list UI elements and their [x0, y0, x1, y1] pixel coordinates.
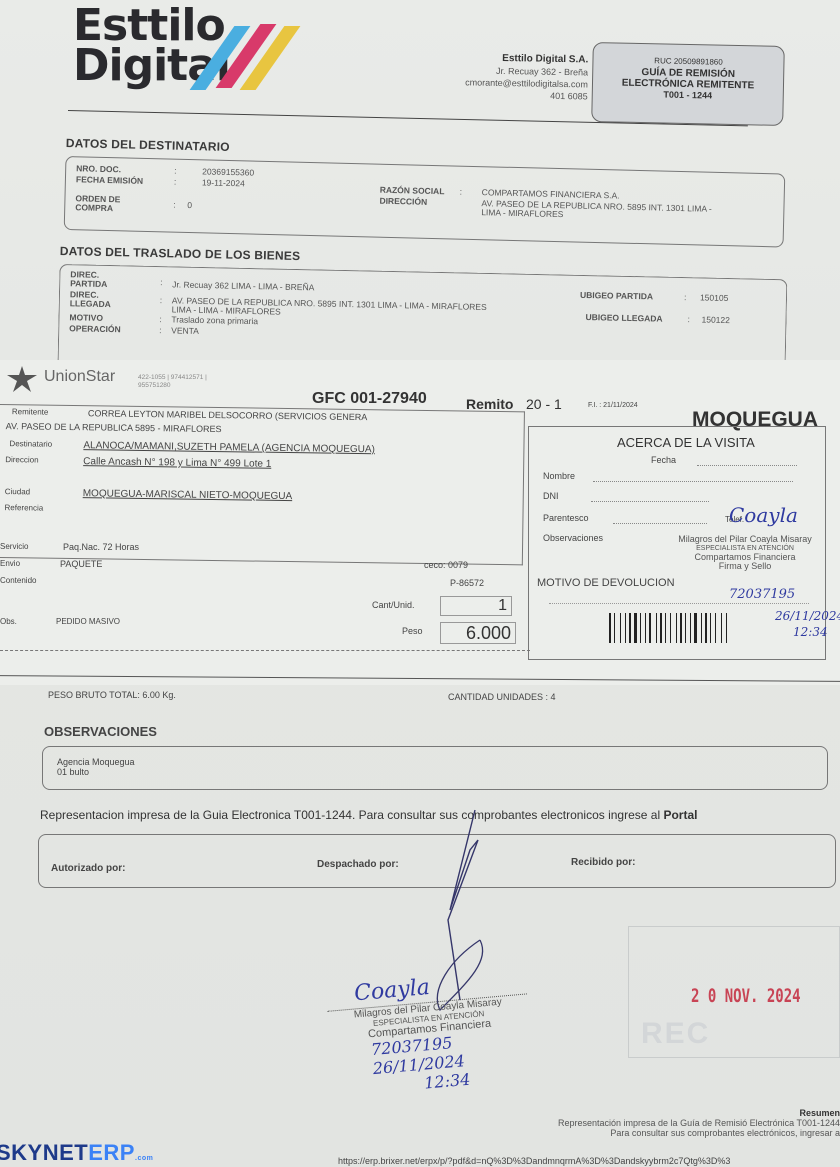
visita-nombre-field[interactable] — [593, 481, 793, 482]
operacion-value: VENTA — [171, 325, 199, 336]
com-word: .com — [135, 1155, 153, 1162]
destinatario-value: ALANOCA/MAMANI,SUZETH PAMELA (AGENCIA MO… — [83, 440, 375, 455]
direccion-label-value: Calle Ancash N° 198 y Lima N° 499 Lote 1 — [83, 456, 271, 470]
observaciones-title: OBSERVACIONES — [44, 724, 157, 739]
tracking-number: GFC 001-27940 — [312, 390, 427, 408]
company-address: Jr. Recuay 362 - Breña — [496, 66, 588, 78]
visita-title: ACERCA DE LA VISITA — [617, 435, 755, 450]
resumen-line1: Representación impresa de la Guía de Rem… — [440, 1118, 840, 1128]
barcode — [609, 613, 769, 643]
portal-url[interactable]: https://erp.brixer.net/erpx/p/?pdf&d=nQ%… — [338, 1156, 730, 1166]
fecha-ingreso: F.I. : 21/11/2024 — [588, 402, 638, 409]
fecha-value: 19-11-2024 — [202, 177, 245, 188]
recibido-label: Recibido por: — [571, 857, 635, 868]
cant-label: Cant/Unid. — [372, 600, 415, 610]
visita-hand-dni: 72037195 — [729, 587, 795, 602]
nro-doc-label: NRO. DOC. — [76, 163, 121, 174]
motivo-devolucion-field[interactable] — [549, 603, 809, 604]
servicio-label: Servicio — [0, 542, 28, 551]
carrier-phones-2: 955751280 — [138, 382, 207, 390]
unionstar-star-icon — [6, 366, 38, 392]
company-info: Esttilo Digital S.A. Jr. Recuay 362 - Br… — [420, 51, 589, 103]
motivo-label: MOTIVO — [69, 312, 103, 323]
orden-label-2: COMPRA — [75, 202, 113, 213]
autorizado-label: Autorizado por: — [51, 863, 125, 874]
ubigeo-llegada-label: UBIGEO LLEGADA — [585, 312, 662, 324]
ciudad-label: Ciudad — [5, 487, 30, 496]
carrier-phones-1: 422-1055 | 974412571 | — [138, 374, 207, 382]
destinatario-box: NRO. DOC. FECHA EMISIÓN :: 20369155360 1… — [64, 156, 786, 248]
llegada-label-2: LLEGADA — [70, 298, 111, 309]
carrier-name: UnionStar — [44, 368, 115, 386]
remitente-label: Remitente — [12, 407, 49, 417]
visita-box: ACERCA DE LA VISITA Fecha Nombre DNI Par… — [528, 426, 826, 660]
visita-hand-date: 26/11/2024 — [775, 609, 840, 623]
ubigeo-llegada-value: 150122 — [701, 314, 730, 325]
p-code: P-86572 — [450, 578, 484, 588]
received-stamp-date: 2 0 NOV. 2024 — [691, 987, 801, 1008]
visita-fecha-field[interactable] — [697, 465, 797, 466]
received-stamp: 2 0 NOV. 2024 REC — [628, 926, 840, 1058]
observaciones-box: Agencia Moquegua 01 bulto — [42, 746, 828, 790]
motivo-devolucion-label: MOTIVO DE DEVOLUCION — [537, 577, 675, 589]
nro-doc-value: 20369155360 — [202, 166, 254, 177]
company-name: Esttilo Digital S.A. — [502, 53, 588, 66]
skynet-word: SKYNET — [0, 1140, 88, 1165]
resumen-title: Resumen — [440, 1108, 840, 1118]
ceco: ceco: 0079 — [424, 560, 468, 570]
servicio-value: Paq.Nac. 72 Horas — [63, 542, 139, 552]
direccion-value-2: LIMA - MIRAFLORES — [481, 207, 563, 219]
erp-word: ERP — [88, 1140, 135, 1165]
visita-stamp-firma: Firma y Sello — [665, 562, 825, 571]
visita-nombre-label: Nombre — [543, 471, 575, 481]
remitente-direccion: AV. PASEO DE LA REPUBLICA 5895 - MIRAFLO… — [6, 421, 222, 434]
visita-dni-field[interactable] — [591, 501, 709, 502]
resumen-block: Resumen Representación impresa de la Guí… — [440, 1108, 840, 1138]
visita-stamp-name: Milagros del Pilar Coayla Misaray — [665, 535, 825, 544]
shipping-label: UnionStar 422-1055 | 974412571 | 9557512… — [0, 360, 840, 685]
peso-value: 6.000 — [440, 622, 516, 644]
visita-parentesco-label: Parentesco — [543, 513, 589, 523]
label-bottom-edge — [0, 675, 840, 682]
remitente-value: CORREA LEYTON MARIBEL DELSOCORRO (SERVIC… — [88, 408, 368, 422]
ubigeo-partida-label: UBIGEO PARTIDA — [580, 290, 653, 302]
motivo-value: Traslado zona primaria — [171, 314, 258, 326]
label-dashed-line — [0, 650, 530, 651]
received-stamp-word: REC — [641, 1017, 710, 1051]
company-phone: 401 6085 — [550, 91, 588, 102]
remito-label: Remito — [466, 396, 513, 412]
visita-dni-label: DNI — [543, 491, 559, 501]
remito-value: 20 - 1 — [526, 396, 562, 412]
partida-value: Jr. Recuay 362 LIMA - LIMA - BREÑA — [172, 279, 314, 292]
visita-fecha-label: Fecha — [651, 455, 676, 465]
visita-observaciones-label: Observaciones — [543, 533, 603, 543]
document-page: Esttilo Digital Esttilo Digital S.A. Jr.… — [0, 0, 840, 1167]
operacion-label: OPERACIÓN — [69, 323, 121, 334]
envio-label: Envio — [0, 559, 20, 568]
direccion-label-label: Direccion — [5, 455, 38, 464]
envio-value: PAQUETE — [60, 559, 102, 569]
visita-parentesco-field[interactable] — [613, 523, 707, 524]
peso-bruto-total: PESO BRUTO TOTAL: 6.00 Kg. — [48, 690, 176, 700]
cant-value: 1 — [440, 596, 512, 616]
skynet-erp-logo: SKYNETERP.com — [0, 1140, 153, 1166]
visita-stamp: Milagros del Pilar Coayla Misaray ESPECI… — [665, 535, 825, 571]
chevron-logo-icon — [200, 24, 300, 94]
orden-value: 0 — [187, 200, 192, 210]
observaciones-line2: 01 bulto — [57, 767, 89, 777]
ruc-box: RUC 20509891860 GUÍA DE REMISIÓN ELECTRÓ… — [591, 42, 785, 126]
carrier-phones: 422-1055 | 974412571 | 955751280 — [138, 374, 207, 390]
referencia-label: Referencia — [4, 503, 43, 513]
visita-signature: Coayla — [729, 503, 798, 527]
fecha-label: FECHA EMISIÓN — [76, 174, 143, 186]
ciudad-value: MOQUEGUA-MARISCAL NIETO-MOQUEGUA — [83, 488, 293, 502]
contenido-label: Contenido — [0, 576, 36, 585]
direccion-label: DIRECCIÓN — [379, 196, 427, 207]
obs-value: PEDIDO MASIVO — [56, 617, 120, 626]
obs-label: Obs. — [0, 617, 17, 626]
observaciones-line1: Agencia Moquegua — [57, 757, 135, 767]
destinatario-section: DATOS DEL DESTINATARIO NRO. DOC. FECHA E… — [64, 136, 786, 248]
portal-link[interactable]: Portal — [663, 808, 697, 822]
destinatario-label: Destinatario — [9, 439, 52, 449]
company-email: cmorante@esttilodigitalsa.com — [465, 77, 588, 89]
visita-hand-time: 12:34 — [793, 625, 828, 639]
resumen-line2: Para consultar sus comprobantes electrón… — [440, 1128, 840, 1138]
signature-stamp: Coayla Milagros del Pilar Coayla Misaray… — [325, 967, 534, 1101]
ubigeo-partida-value: 150105 — [700, 292, 729, 303]
peso-label: Peso — [402, 626, 423, 636]
partida-label-2: PARTIDA — [70, 278, 107, 289]
cantidad-unidades: CANTIDAD UNIDADES : 4 — [448, 692, 556, 702]
razon-social-label: RAZÓN SOCIAL — [380, 185, 445, 197]
